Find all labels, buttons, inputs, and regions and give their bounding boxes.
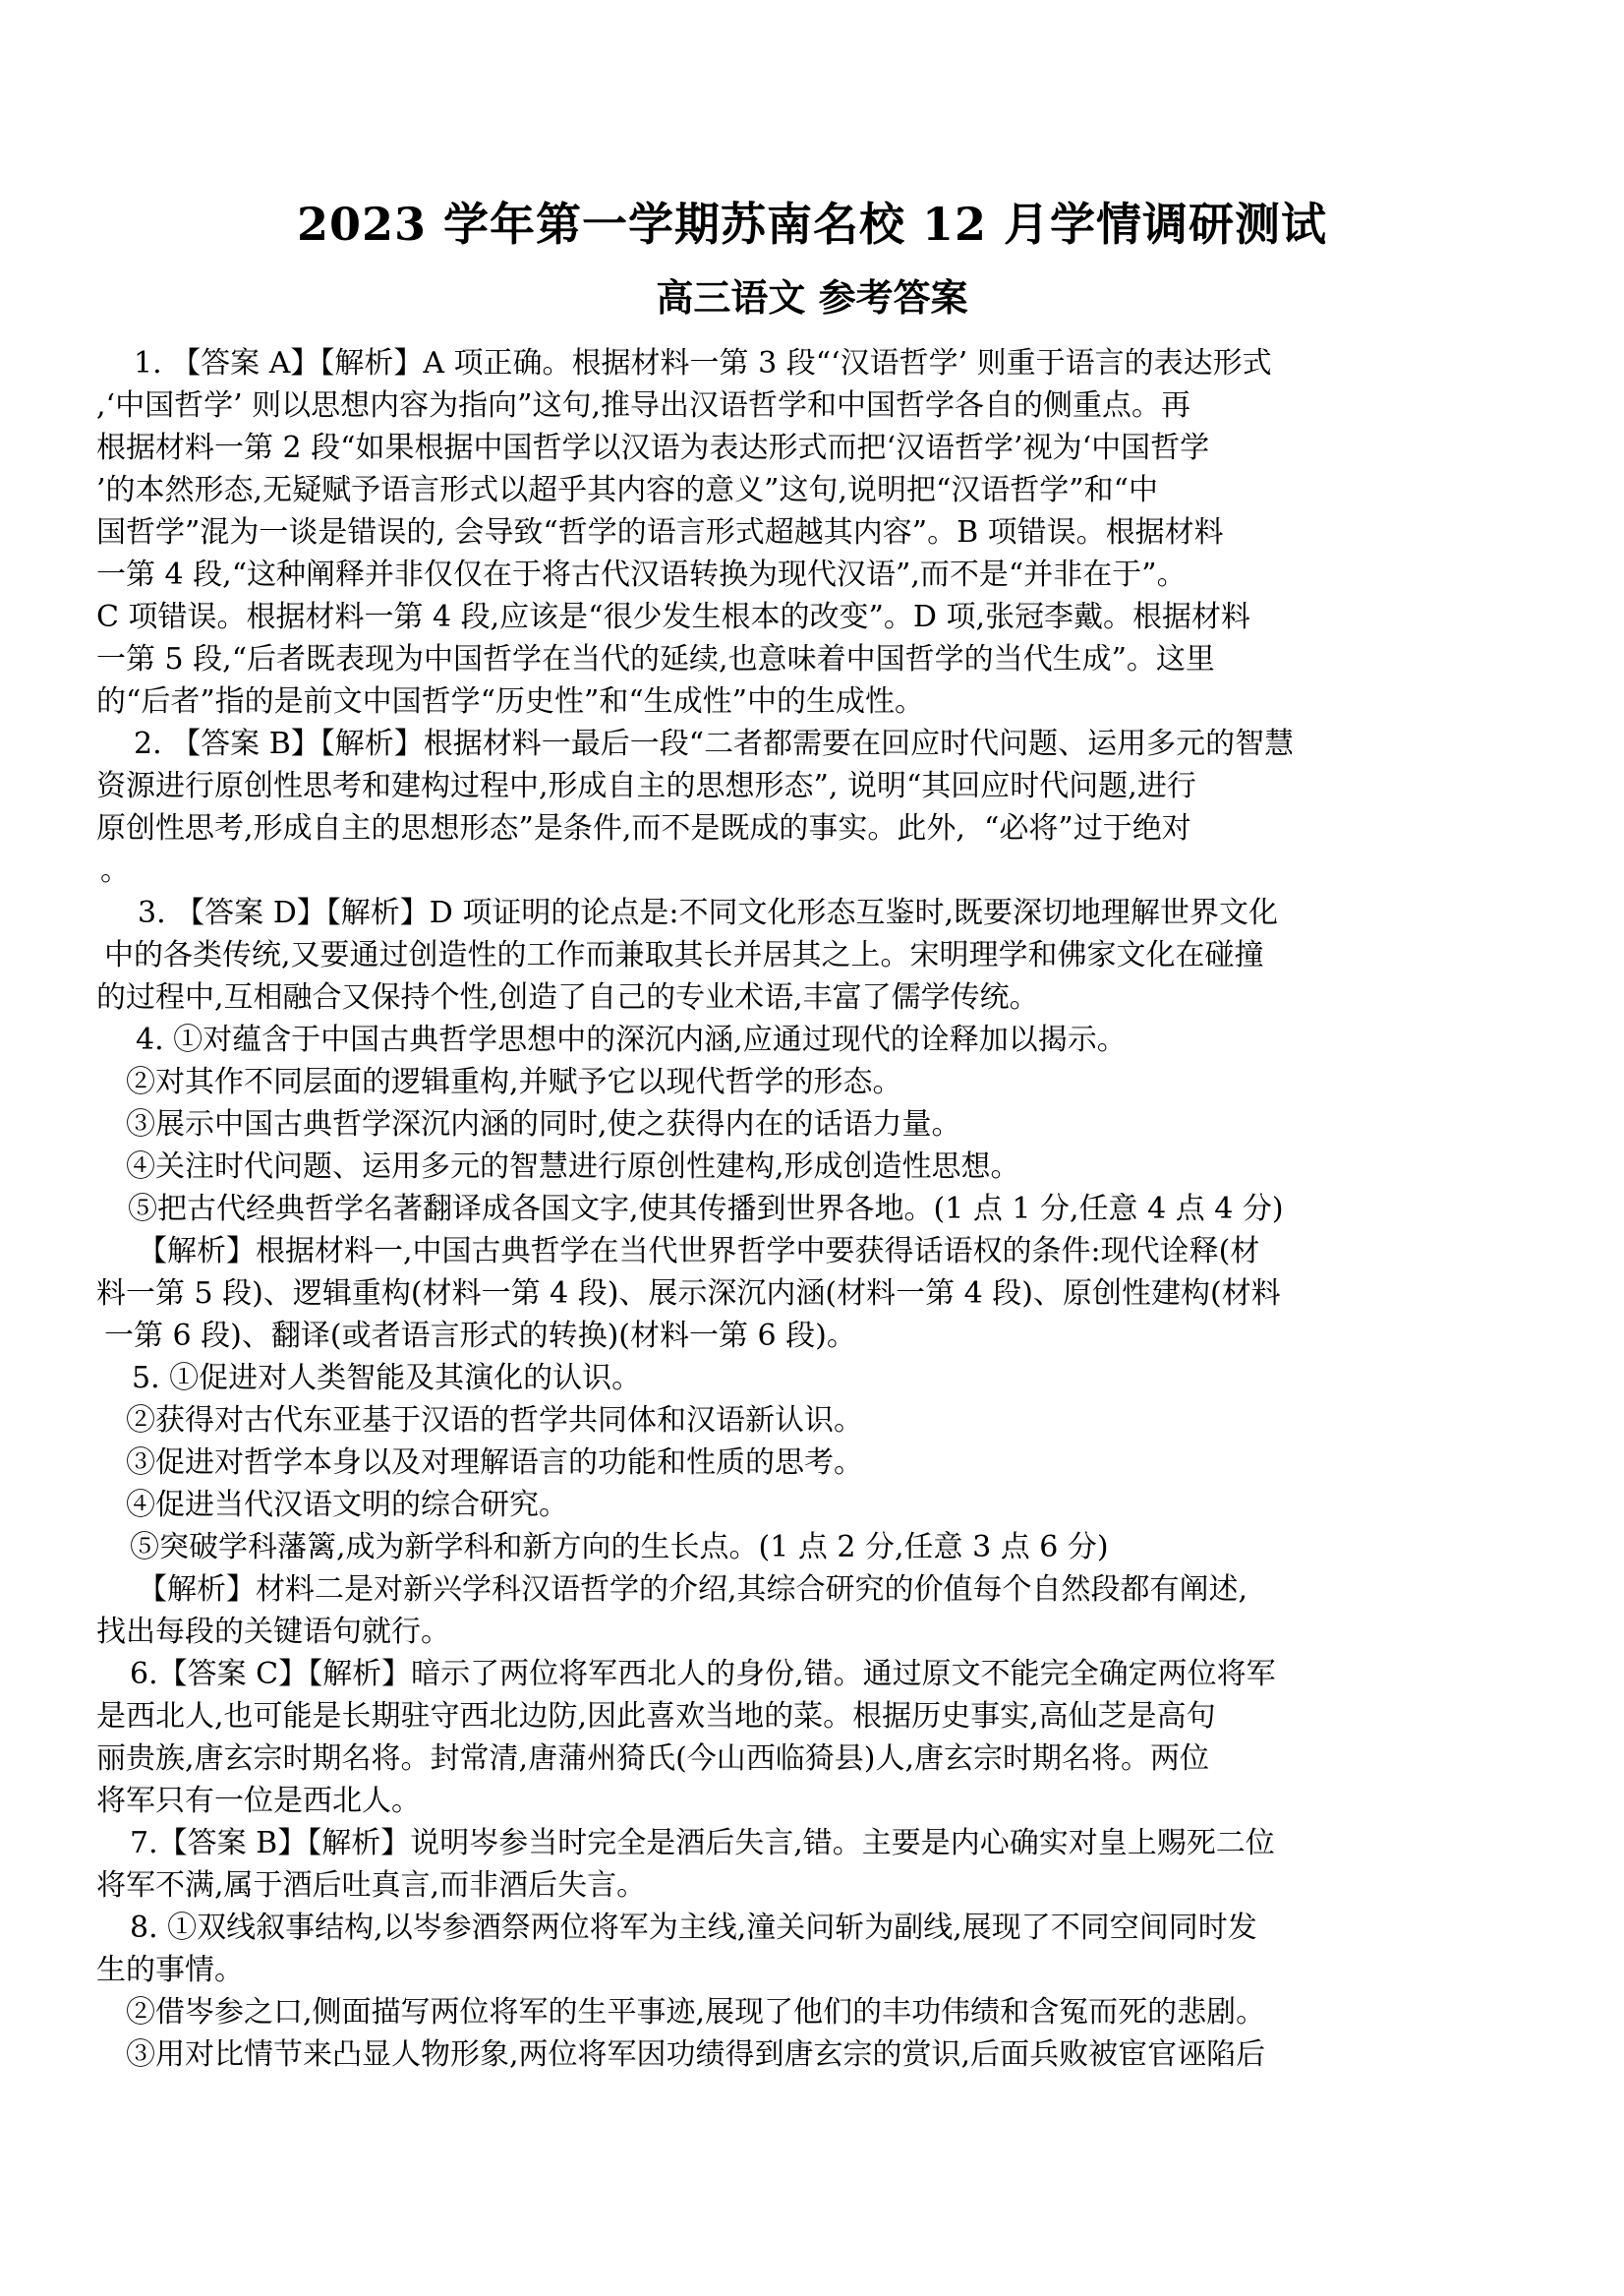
answer-line: C 项错误。根据材料一第 4 段,应该是“很少发生根本的改变”。D 项,张冠李戴… (96, 596, 1565, 638)
answer-line: 1. 【答案 A】【解析】A 项正确。根据材料一第 3 段“‘汉语哲学’ 则重于… (96, 342, 1565, 384)
answer-item-7: 7.【答案 B】【解析】说明岑参当时完全是酒后失言,错。主要是内心确实对皇上赐死… (96, 1822, 1565, 1907)
answer-line: 原创性思考,形成自主的思想形态”是条件,而不是既成的事实。此外, “必将”过于绝… (96, 807, 1565, 850)
answer-line: 【解析】根据材料一,中国古典哲学在当代世界哲学中要获得话语权的条件:现代诠释(材 (96, 1230, 1565, 1272)
answer-line: 找出每段的关键语句就行。 (96, 1611, 1565, 1653)
page: 2023 学年第一学期苏南名校 12 月学情调研测试 高三语文 参考答案 1. … (0, 0, 1624, 2296)
answer-line: 7.【答案 B】【解析】说明岑参当时完全是酒后失言,错。主要是内心确实对皇上赐死… (96, 1822, 1565, 1864)
answer-item-5: 5. ①促进对人类智能及其演化的认识。②获得对古代东亚基于汉语的哲学共同体和汉语… (96, 1357, 1565, 1653)
answer-list: 1. 【答案 A】【解析】A 项正确。根据材料一第 3 段“‘汉语哲学’ 则重于… (96, 342, 1565, 2076)
answer-line: 【解析】材料二是对新兴学科汉语哲学的介绍,其综合研究的价值每个自然段都有阐述, (96, 1568, 1565, 1611)
answer-line: ④促进当代汉语文明的综合研究。 (96, 1484, 1565, 1526)
answer-line: 国哲学”混为一谈是错误的, 会导致“哲学的语言形式超越其内容”。B 项错误。根据… (96, 511, 1565, 554)
answer-item-8: 8. ①双线叙事结构,以岑参酒祭两位将军为主线,潼关问斩为副线,展现了不同空间同… (96, 1907, 1565, 2076)
answer-item-3: 3. 【答案 D】【解析】D 项证明的论点是:不同文化形态互鉴时,既要深切地理解… (96, 892, 1565, 1019)
answer-line: ④关注时代问题、运用多元的智慧进行原创性建构,形成创造性思想。 (96, 1146, 1565, 1188)
document-subtitle: 高三语文 参考答案 (0, 275, 1624, 321)
answer-line: 料一第 5 段)、逻辑重构(材料一第 4 段)、展示深沉内涵(材料一第 4 段)… (96, 1272, 1565, 1315)
answer-line: 8. ①双线叙事结构,以岑参酒祭两位将军为主线,潼关问斩为副线,展现了不同空间同… (96, 1907, 1565, 1949)
answer-line: 资源进行原创性思考和建构过程中,形成自主的思想形态”, 说明“其回应时代问题,进… (96, 765, 1565, 807)
answer-line: ③展示中国古典哲学深沉内涵的同时,使之获得内在的话语力量。 (96, 1103, 1565, 1146)
answer-line: ’的本然形态,无疑赋予语言形式以超乎其内容的意义”这句,说明把“汉语哲学”和“中 (96, 469, 1565, 511)
answer-line: 将军只有一位是西北人。 (96, 1780, 1565, 1822)
answer-line: 4. ①对蕴含于中国古典哲学思想中的深沉内涵,应通过现代的诠释加以揭示。 (96, 1019, 1565, 1061)
answer-line: 生的事情。 (96, 1949, 1565, 1991)
document-title: 2023 学年第一学期苏南名校 12 月学情调研测试 (0, 199, 1624, 250)
answer-line: ③用对比情节来凸显人物形象,两位将军因功绩得到唐玄宗的赏识,后面兵败被宦官诬陷后 (96, 2033, 1565, 2076)
answer-line: 2. 【答案 B】【解析】根据材料一最后一段“二者都需要在回应时代问题、运用多元… (96, 723, 1565, 765)
answer-line: 的过程中,互相融合又保持个性,创造了自己的专业术语,丰富了儒学传统。 (96, 976, 1565, 1019)
answer-item-6: 6.【答案 C】【解析】暗示了两位将军西北人的身份,错。通过原文不能完全确定两位… (96, 1653, 1565, 1822)
answer-line: 一第 6 段)、翻译(或者语言形式的转换)(材料一第 6 段)。 (96, 1315, 1565, 1357)
answer-line: ②借岑参之口,侧面描写两位将军的生平事迹,展现了他们的丰功伟绩和含冤而死的悲剧。 (96, 1991, 1565, 2033)
answer-line: 的“后者”指的是前文中国哲学“历史性”和“生成性”中的生成性。 (96, 680, 1565, 723)
answer-line: 丽贵族,唐玄宗时期名将。封常清,唐蒲州猗氏(今山西临猗县)人,唐玄宗时期名将。两… (96, 1737, 1565, 1780)
answer-line: 中的各类传统,又要通过创造性的工作而兼取其长并居其之上。宋明理学和佛家文化在碰撞 (96, 934, 1565, 976)
answer-line: 根据材料一第 2 段“如果根据中国哲学以汉语为表达形式而把‘汉语哲学’视为‘中国… (96, 427, 1565, 469)
answer-line: 是西北人,也可能是长期驻守西北边防,因此喜欢当地的菜。根据历史事实,高仙芝是高句 (96, 1695, 1565, 1737)
answer-item-1: 1. 【答案 A】【解析】A 项正确。根据材料一第 3 段“‘汉语哲学’ 则重于… (96, 342, 1565, 723)
answer-line: 一第 4 段,“这种阐释并非仅仅在于将古代汉语转换为现代汉语”,而不是“并非在于… (96, 554, 1565, 596)
answer-line: ②获得对古代东亚基于汉语的哲学共同体和汉语新认识。 (96, 1399, 1565, 1442)
answer-line: ③促进对哲学本身以及对理解语言的功能和性质的思考。 (96, 1442, 1565, 1484)
answer-line: 5. ①促进对人类智能及其演化的认识。 (96, 1357, 1565, 1399)
answer-line: 将军不满,属于酒后吐真言,而非酒后失言。 (96, 1864, 1565, 1907)
answer-item-2: 2. 【答案 B】【解析】根据材料一最后一段“二者都需要在回应时代问题、运用多元… (96, 723, 1565, 892)
answer-line: 3. 【答案 D】【解析】D 项证明的论点是:不同文化形态互鉴时,既要深切地理解… (96, 892, 1565, 934)
answer-line: ,‘中国哲学’ 则以思想内容为指向”这句,推导出汉语哲学和中国哲学各自的侧重点。… (96, 384, 1565, 427)
answer-line: ⑤突破学科藩篱,成为新学科和新方向的生长点。(1 点 2 分,任意 3 点 6 … (96, 1526, 1565, 1568)
answer-line: ②对其作不同层面的逻辑重构,并赋予它以现代哲学的形态。 (96, 1061, 1565, 1103)
answer-line: 6.【答案 C】【解析】暗示了两位将军西北人的身份,错。通过原文不能完全确定两位… (96, 1653, 1565, 1695)
answer-line: 一第 5 段,“后者既表现为中国哲学在当代的延续,也意味着中国哲学的当代生成”。… (96, 638, 1565, 680)
answer-line: ⑤把古代经典哲学名著翻译成各国文字,使其传播到世界各地。(1 点 1 分,任意 … (96, 1188, 1565, 1230)
answer-line: 。 (96, 850, 1565, 892)
answer-item-4: 4. ①对蕴含于中国古典哲学思想中的深沉内涵,应通过现代的诠释加以揭示。②对其作… (96, 1019, 1565, 1357)
